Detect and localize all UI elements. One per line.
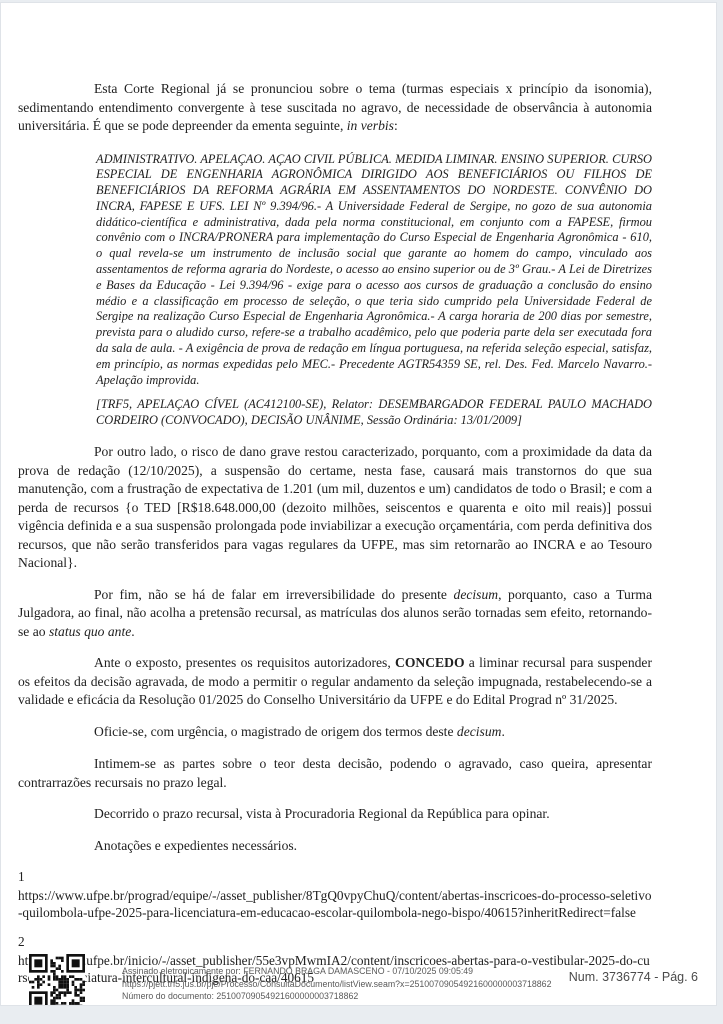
- paragraph-oficie-se: Oficie-se, com urgência, o magistrado de…: [18, 723, 652, 742]
- paragraph-concedo: Ante o exposto, presentes os requisitos …: [18, 654, 652, 710]
- paragraph-intimem-se: Intimem-se as partes sobre o teor desta …: [18, 755, 652, 792]
- qr-code: [29, 954, 85, 1006]
- page-number-badge: Num. 3736774 - Pág. 6: [569, 970, 698, 984]
- signature-block: Assinado eletronicamente por: FERNANDO B…: [122, 965, 552, 1003]
- document-number: Número do documento: 2510070905492160000…: [122, 990, 552, 1003]
- verification-url: https://pjett.trf5.jus.br/pje/Processo/C…: [122, 978, 552, 991]
- decision-body: Esta Corte Regional já se pronunciou sob…: [1, 3, 716, 986]
- paragraph-tema: Esta Corte Regional já se pronunciou sob…: [18, 80, 652, 136]
- document-page: Esta Corte Regional já se pronunciou sob…: [0, 2, 717, 1006]
- signed-by-text: Assinado eletronicamente por: FERNANDO B…: [122, 965, 552, 978]
- quote-citation: [TRF5, APELAÇAO CÍVEL (AC412100-SE), Rel…: [96, 397, 652, 429]
- footnote-url: https://www.ufpe.br/prograd/equipe/-/ass…: [18, 887, 652, 921]
- paragraph-anotacoes: Anotações e expedientes necessários.: [18, 837, 652, 856]
- footnote-marker: 1: [18, 868, 652, 885]
- paragraph-risco-dano: Por outro lado, o risco de dano grave re…: [18, 443, 652, 573]
- paragraph-decorrido-prazo: Decorrido o prazo recursal, vista à Proc…: [18, 805, 652, 824]
- paragraph-por-fim: Por fim, não se há de falar em irreversi…: [18, 586, 652, 642]
- quoted-ementa: ADMINISTRATIVO. APELAÇAO. AÇAO CIVIL PÚB…: [96, 152, 652, 389]
- scanned-court-document: { "body": { "para_tema": [ {"t": "Esta C…: [0, 0, 723, 1024]
- footnote-marker: 2: [18, 933, 652, 950]
